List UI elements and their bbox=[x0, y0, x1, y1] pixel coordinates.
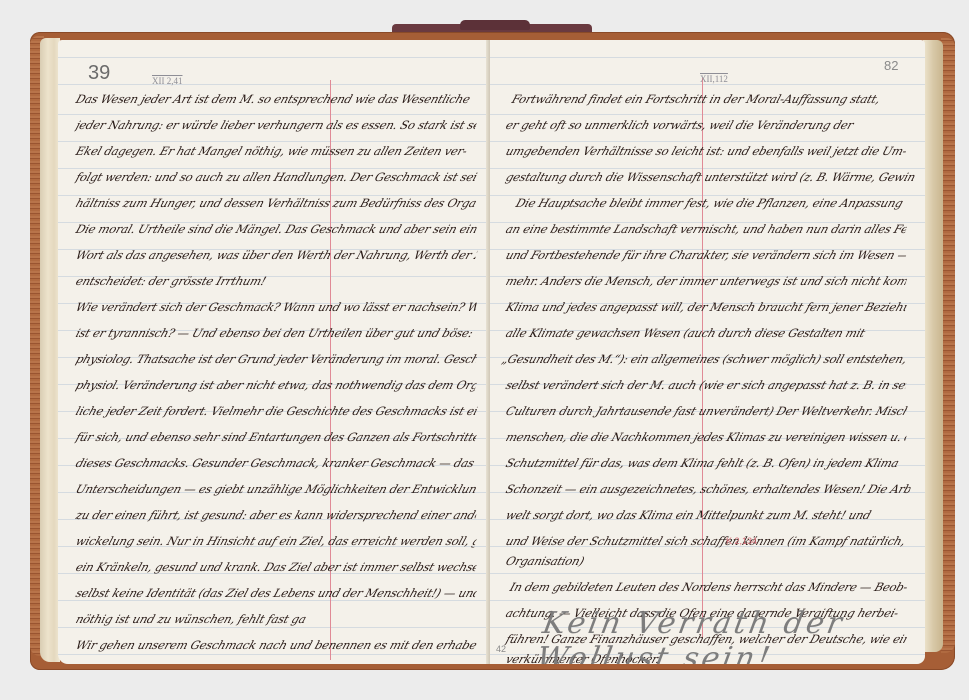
text-line: Culturen durch Jahrtausende fast unverän… bbox=[504, 404, 909, 418]
text-line: „Gesundheit des M.“): ein allgemeines (s… bbox=[500, 352, 909, 366]
left-page: 39 XII 2,41 Das Wesen jeder Art ist dem … bbox=[58, 40, 490, 664]
text-line: welt sorgt dort, wo das Klima ein Mittel… bbox=[504, 508, 909, 522]
bottom-folio-number: 42 bbox=[496, 644, 506, 654]
text-line: umgebenden Verhältnisse so leicht ist: u… bbox=[504, 144, 909, 158]
text-line: liche jeder Zeit fordert. Vielmehr die G… bbox=[74, 404, 479, 418]
text-line: alle Klimate gewachsen Wesen (auch durch… bbox=[504, 326, 909, 340]
text-line: selbst verändert sich der M. auch (wie e… bbox=[504, 378, 909, 392]
text-line: Wort als das angesehen, was über den Wer… bbox=[74, 248, 479, 262]
text-line: hältniss zum Hunger, und dessen Verhältn… bbox=[74, 196, 479, 210]
text-line: Schutzmittel für das, was dem Klima fehl… bbox=[504, 456, 909, 470]
text-line: Schonzeit — ein ausgezeichnetes, schönes… bbox=[504, 482, 913, 496]
text-line: physiol. Veränderung ist aber nicht etwa… bbox=[74, 378, 479, 392]
text-line: entscheidet: der grösste Irrthum! bbox=[74, 274, 309, 288]
text-line: Organisation) bbox=[504, 554, 629, 568]
text-line: Die Hauptsache bleibt immer fest, wie di… bbox=[514, 196, 917, 210]
cover-edge-right bbox=[941, 38, 955, 653]
page-block-right bbox=[923, 40, 943, 652]
text-line: Ekel dagegen. Er hat Mangel nöthig, wie … bbox=[74, 144, 479, 158]
text-line: Unterscheidungen — es giebt unzählige Mö… bbox=[74, 482, 479, 496]
text-line: und Weise der Schutzmittel sich schaffen… bbox=[504, 534, 909, 548]
text-line: ein Kränkeln, gesund und krank. Das Ziel… bbox=[74, 560, 479, 574]
text-line: und Fortbestehende für ihre Charakter, s… bbox=[504, 248, 909, 262]
text-line: wickelung sein. Nur in Hinsicht auf ein … bbox=[74, 534, 479, 548]
text-line: gestaltung durch die Wissenschaft unters… bbox=[504, 170, 917, 184]
notebook: 39 XII 2,41 Das Wesen jeder Art ist dem … bbox=[30, 32, 955, 672]
page-block-left bbox=[40, 38, 60, 662]
text-line: an eine bestimmte Landschaft vermischt, … bbox=[504, 222, 909, 236]
spine-headband bbox=[460, 20, 530, 30]
red-annotation: K 2,134 bbox=[726, 536, 757, 546]
text-line: jeder Nahrung: er würde lieber verhunger… bbox=[74, 118, 479, 132]
archive-sigla: XII,112 bbox=[700, 74, 728, 84]
text-line: Das Wesen jeder Art ist dem M. so entspr… bbox=[74, 92, 479, 106]
text-line: ist er tyrannisch? — Und ebenso bei den … bbox=[74, 326, 479, 340]
archive-sigla: XII 2,41 bbox=[152, 76, 183, 86]
text-line: für sich, und ebenso sehr sind Entartung… bbox=[74, 430, 479, 444]
text-line: nöthig ist und zu wünschen, fehlt fast g… bbox=[74, 612, 309, 626]
pencil-note: Kein Verrath der Wollust sein! bbox=[534, 606, 925, 664]
text-line: Wir gehen unserem Geschmack nach und ben… bbox=[74, 638, 479, 652]
text-line: Wie verändert sich der Geschmack? Wann u… bbox=[74, 300, 479, 314]
text-line: folgt werden: und so auch zu allen Handl… bbox=[74, 170, 479, 184]
text-line: dieses Geschmacks. Gesunder Geschmack, k… bbox=[74, 456, 479, 470]
text-line: er geht oft so unmerklich vorwärts, weil… bbox=[504, 118, 909, 132]
page-number: 39 bbox=[88, 62, 110, 85]
text-line: physiolog. Thatsache ist der Grund jeder… bbox=[74, 352, 479, 366]
text-line: Klima und jedes angepasst will, der Mens… bbox=[504, 300, 909, 314]
text-line: Fortwährend findet ein Fortschritt in de… bbox=[510, 92, 915, 106]
text-line: In dem gebildeten Leuten des Nordens her… bbox=[508, 580, 913, 594]
text-line: Die moral. Urtheile sind die Mängel. Das… bbox=[74, 222, 479, 236]
text-line: mehr. Anders die Mensch, der immer unter… bbox=[504, 274, 909, 288]
page-number: 82 bbox=[884, 58, 898, 73]
text-line: menschen, die die Nachkommen jedes Klima… bbox=[504, 430, 909, 444]
right-page: 82 XII,112 Fortwährend findet ein Fortsc… bbox=[490, 40, 925, 664]
text-line: selbst keine Identität (das Ziel des Leb… bbox=[74, 586, 479, 600]
text-line: zu der einen führt, ist gesund: aber es … bbox=[74, 508, 479, 522]
